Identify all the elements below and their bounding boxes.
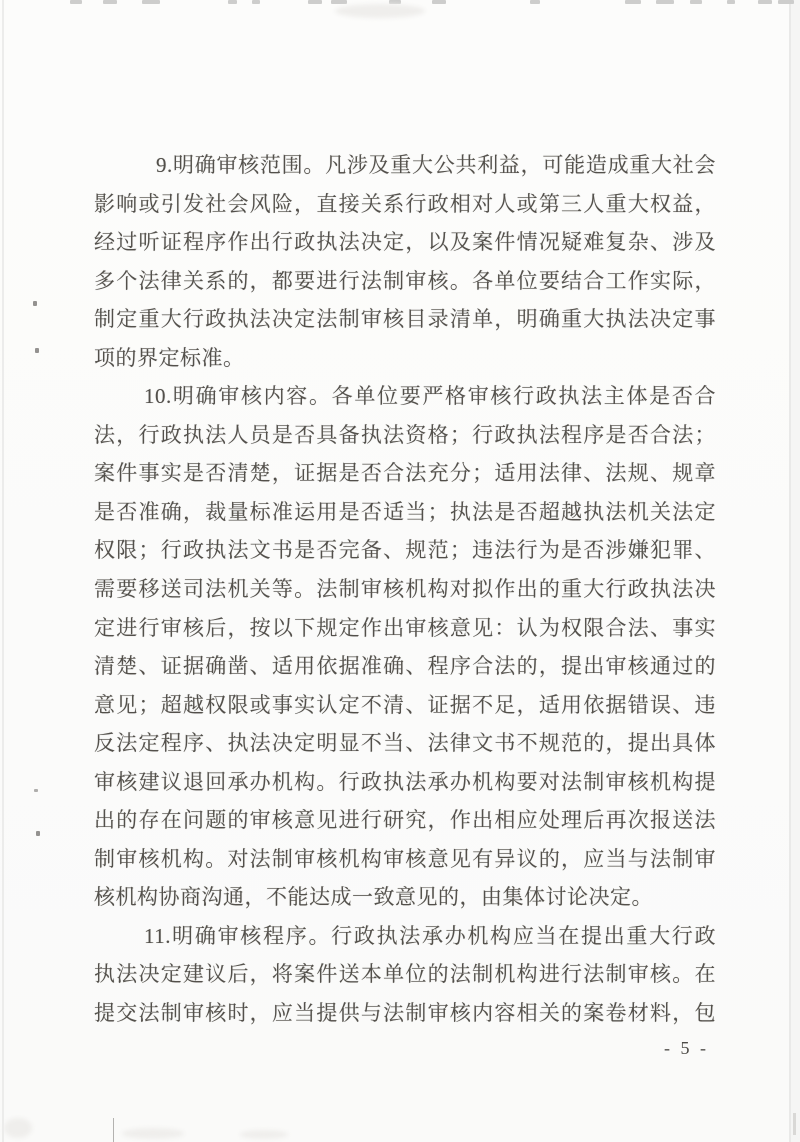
document-body: 9.明确审核范围。凡涉及重大公共利益，可能造成重大社会 影响或引发社会风险，直接… [94,146,716,1033]
page-number: - 5 - [664,1038,709,1059]
scan-artifact [758,0,772,4]
paragraph-10: 10.明确审核内容。各单位要严格审核行政执法主体是否合 法，行政执法人员是否具备… [94,377,716,917]
scan-artifact [727,0,735,4]
scan-artifact [690,0,702,4]
doc-line: 清楚、证据确凿、适用依据准确、程序合法的，提出审核通过的 [94,647,716,686]
doc-line: 出的存在问题的审核意见进行研究，作出相应处理后再次报送法 [94,801,716,840]
doc-line: 制定重大行政执法决定法制审核目录清单，明确重大执法决定事 [94,300,716,339]
doc-line: 经过听证程序作出行政执法决定，以及案件情况疑难复杂、涉及 [94,223,716,262]
scan-edge-strip-right [791,0,800,1142]
scan-speck [33,301,37,306]
scan-speck [36,831,40,836]
scan-artifact [142,0,160,4]
doc-line: 提交法制审核时，应当提供与法制审核内容相关的案卷材料，包 [94,994,716,1033]
scan-artifact [252,0,260,4]
scan-speck [35,348,39,353]
scan-edge-line-right [789,0,791,1142]
scan-smudge [335,4,425,18]
doc-line: 权限；行政执法文书是否完备、规范；违法行为是否涉嫌犯罪、 [94,531,716,570]
scan-artifact [308,0,322,4]
scan-edge-line-left [2,0,4,1142]
doc-line: 需要移送司法机关等。法制审核机构对拟作出的重大行政执法决 [94,570,716,609]
scan-artifact [656,0,674,4]
doc-line: 影响或引发社会风险，直接关系行政相对人或第三人重大权益， [94,185,716,224]
doc-line: 是否准确，裁量标准运用是否适当；执法是否超越执法机关法定 [94,493,716,532]
doc-line: 意见；超越权限或事实认定不清、证据不足，适用依据错误、违 [94,686,716,725]
scan-artifact [778,0,794,4]
doc-line: 案件事实是否清楚，证据是否合法充分；适用法律、法规、规章 [94,454,716,493]
scan-artifact [113,1118,114,1142]
doc-line: 项的界定标准。 [94,339,716,378]
doc-line: 11.明确审核程序。行政执法承办机构应当在提出重大行政 [94,917,716,956]
doc-line: 9.明确审核范围。凡涉及重大公共利益，可能造成重大社会 [94,146,716,185]
scan-artifact [70,0,82,4]
scan-artifact [432,0,446,4]
doc-line: 定进行审核后，按以下规定作出审核意见：认为权限合法、事实 [94,609,716,648]
scan-smudge [122,1128,184,1139]
doc-line: 10.明确审核内容。各单位要严格审核行政执法主体是否合 [94,377,716,416]
doc-line: 核机构协商沟通，不能达成一致意见的，由集体讨论决定。 [94,878,716,917]
scan-artifact [530,0,540,4]
doc-line: 审核建议退回承办机构。行政执法承办机构要对法制审核机构提 [94,763,716,802]
scan-artifact [228,0,237,4]
scan-smudge [4,1118,32,1138]
doc-line: 反法定程序、执法决定明显不当、法律文书不规范的，提出具体 [94,724,716,763]
doc-line: 法，行政执法人员是否具备执法资格；行政执法程序是否合法； [94,416,716,455]
scan-artifact [625,0,641,4]
doc-line: 执法决定建议后，将案件送本单位的法制机构进行法制审核。在 [94,955,716,994]
doc-line: 制审核机构。对法制审核机构审核意见有异议的，应当与法制审 [94,840,716,879]
paragraph-9: 9.明确审核范围。凡涉及重大公共利益，可能造成重大社会 影响或引发社会风险，直接… [94,146,716,377]
scan-smudge [240,1130,288,1139]
doc-line: 多个法律关系的，都要进行法制审核。各单位要结合工作实际， [94,262,716,301]
scan-artifact [793,1113,796,1135]
scan-artifact [331,0,347,4]
paragraph-11: 11.明确审核程序。行政执法承办机构应当在提出重大行政 执法决定建议后，将案件送… [94,917,716,1033]
scan-speck [34,789,38,792]
scan-artifact [103,0,117,4]
